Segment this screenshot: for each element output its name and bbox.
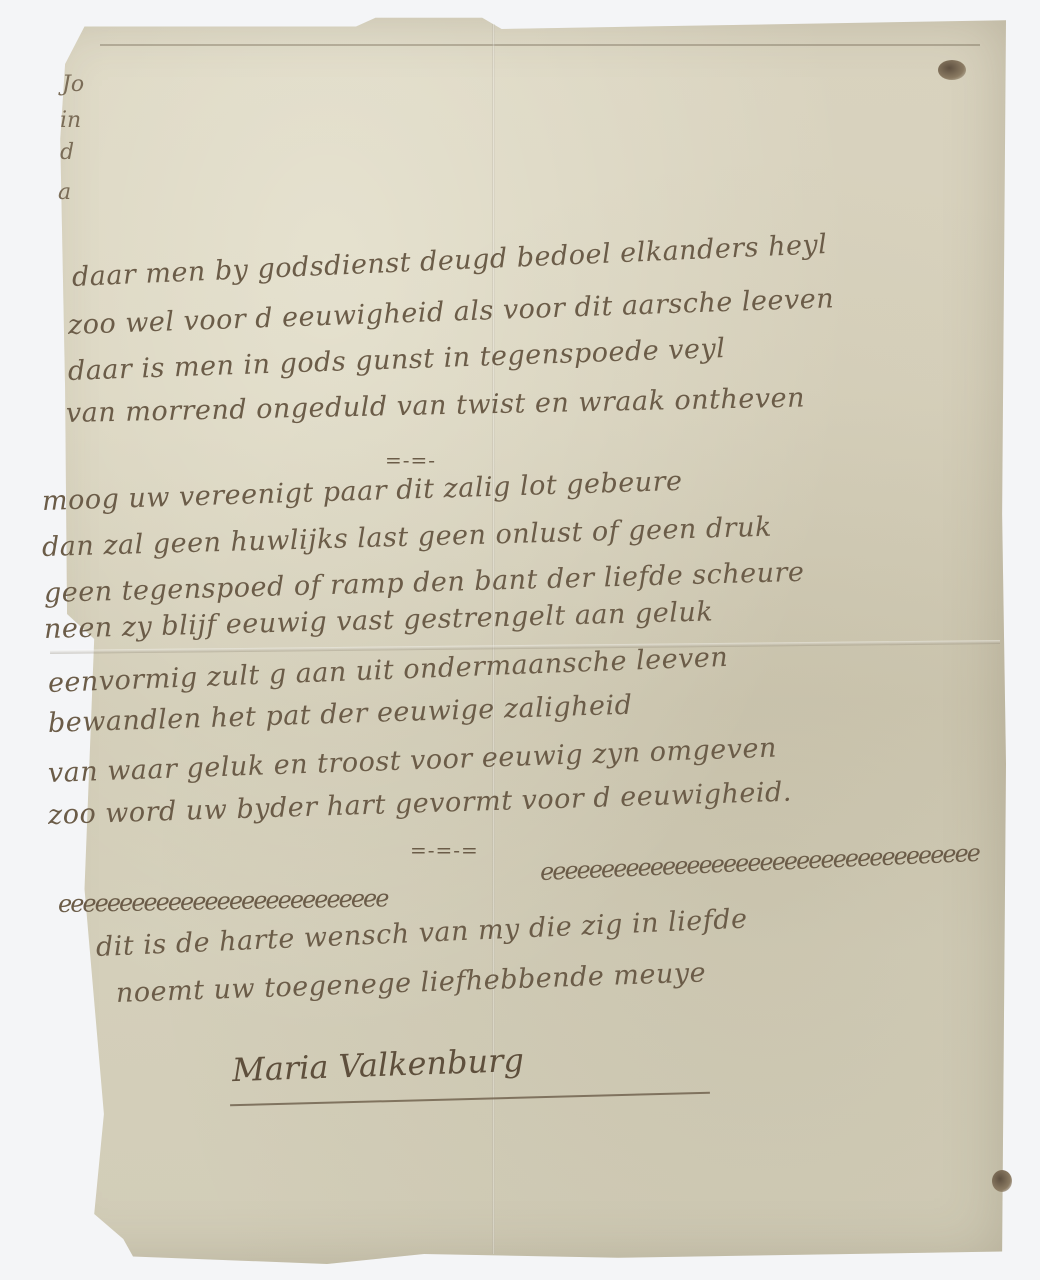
ink-stain-top-right: [938, 60, 966, 80]
top-crease: [100, 44, 980, 46]
margin-fragment: d: [60, 140, 74, 165]
margin-fragment: a: [58, 180, 71, 205]
ink-stain-bottom-right: [992, 1170, 1012, 1192]
decorative-flourish: eeeeeeeeeeeeeeeeeeeeeeeeeee: [58, 884, 388, 918]
stanza-separator: =-=-=: [410, 838, 479, 862]
margin-fragment: in: [60, 108, 81, 133]
margin-fragment: Jo: [62, 72, 84, 97]
scanned-page: Jo in d a daar men by godsdienst deugd b…: [0, 0, 1040, 1280]
stanza-separator: =-=-: [385, 448, 436, 472]
